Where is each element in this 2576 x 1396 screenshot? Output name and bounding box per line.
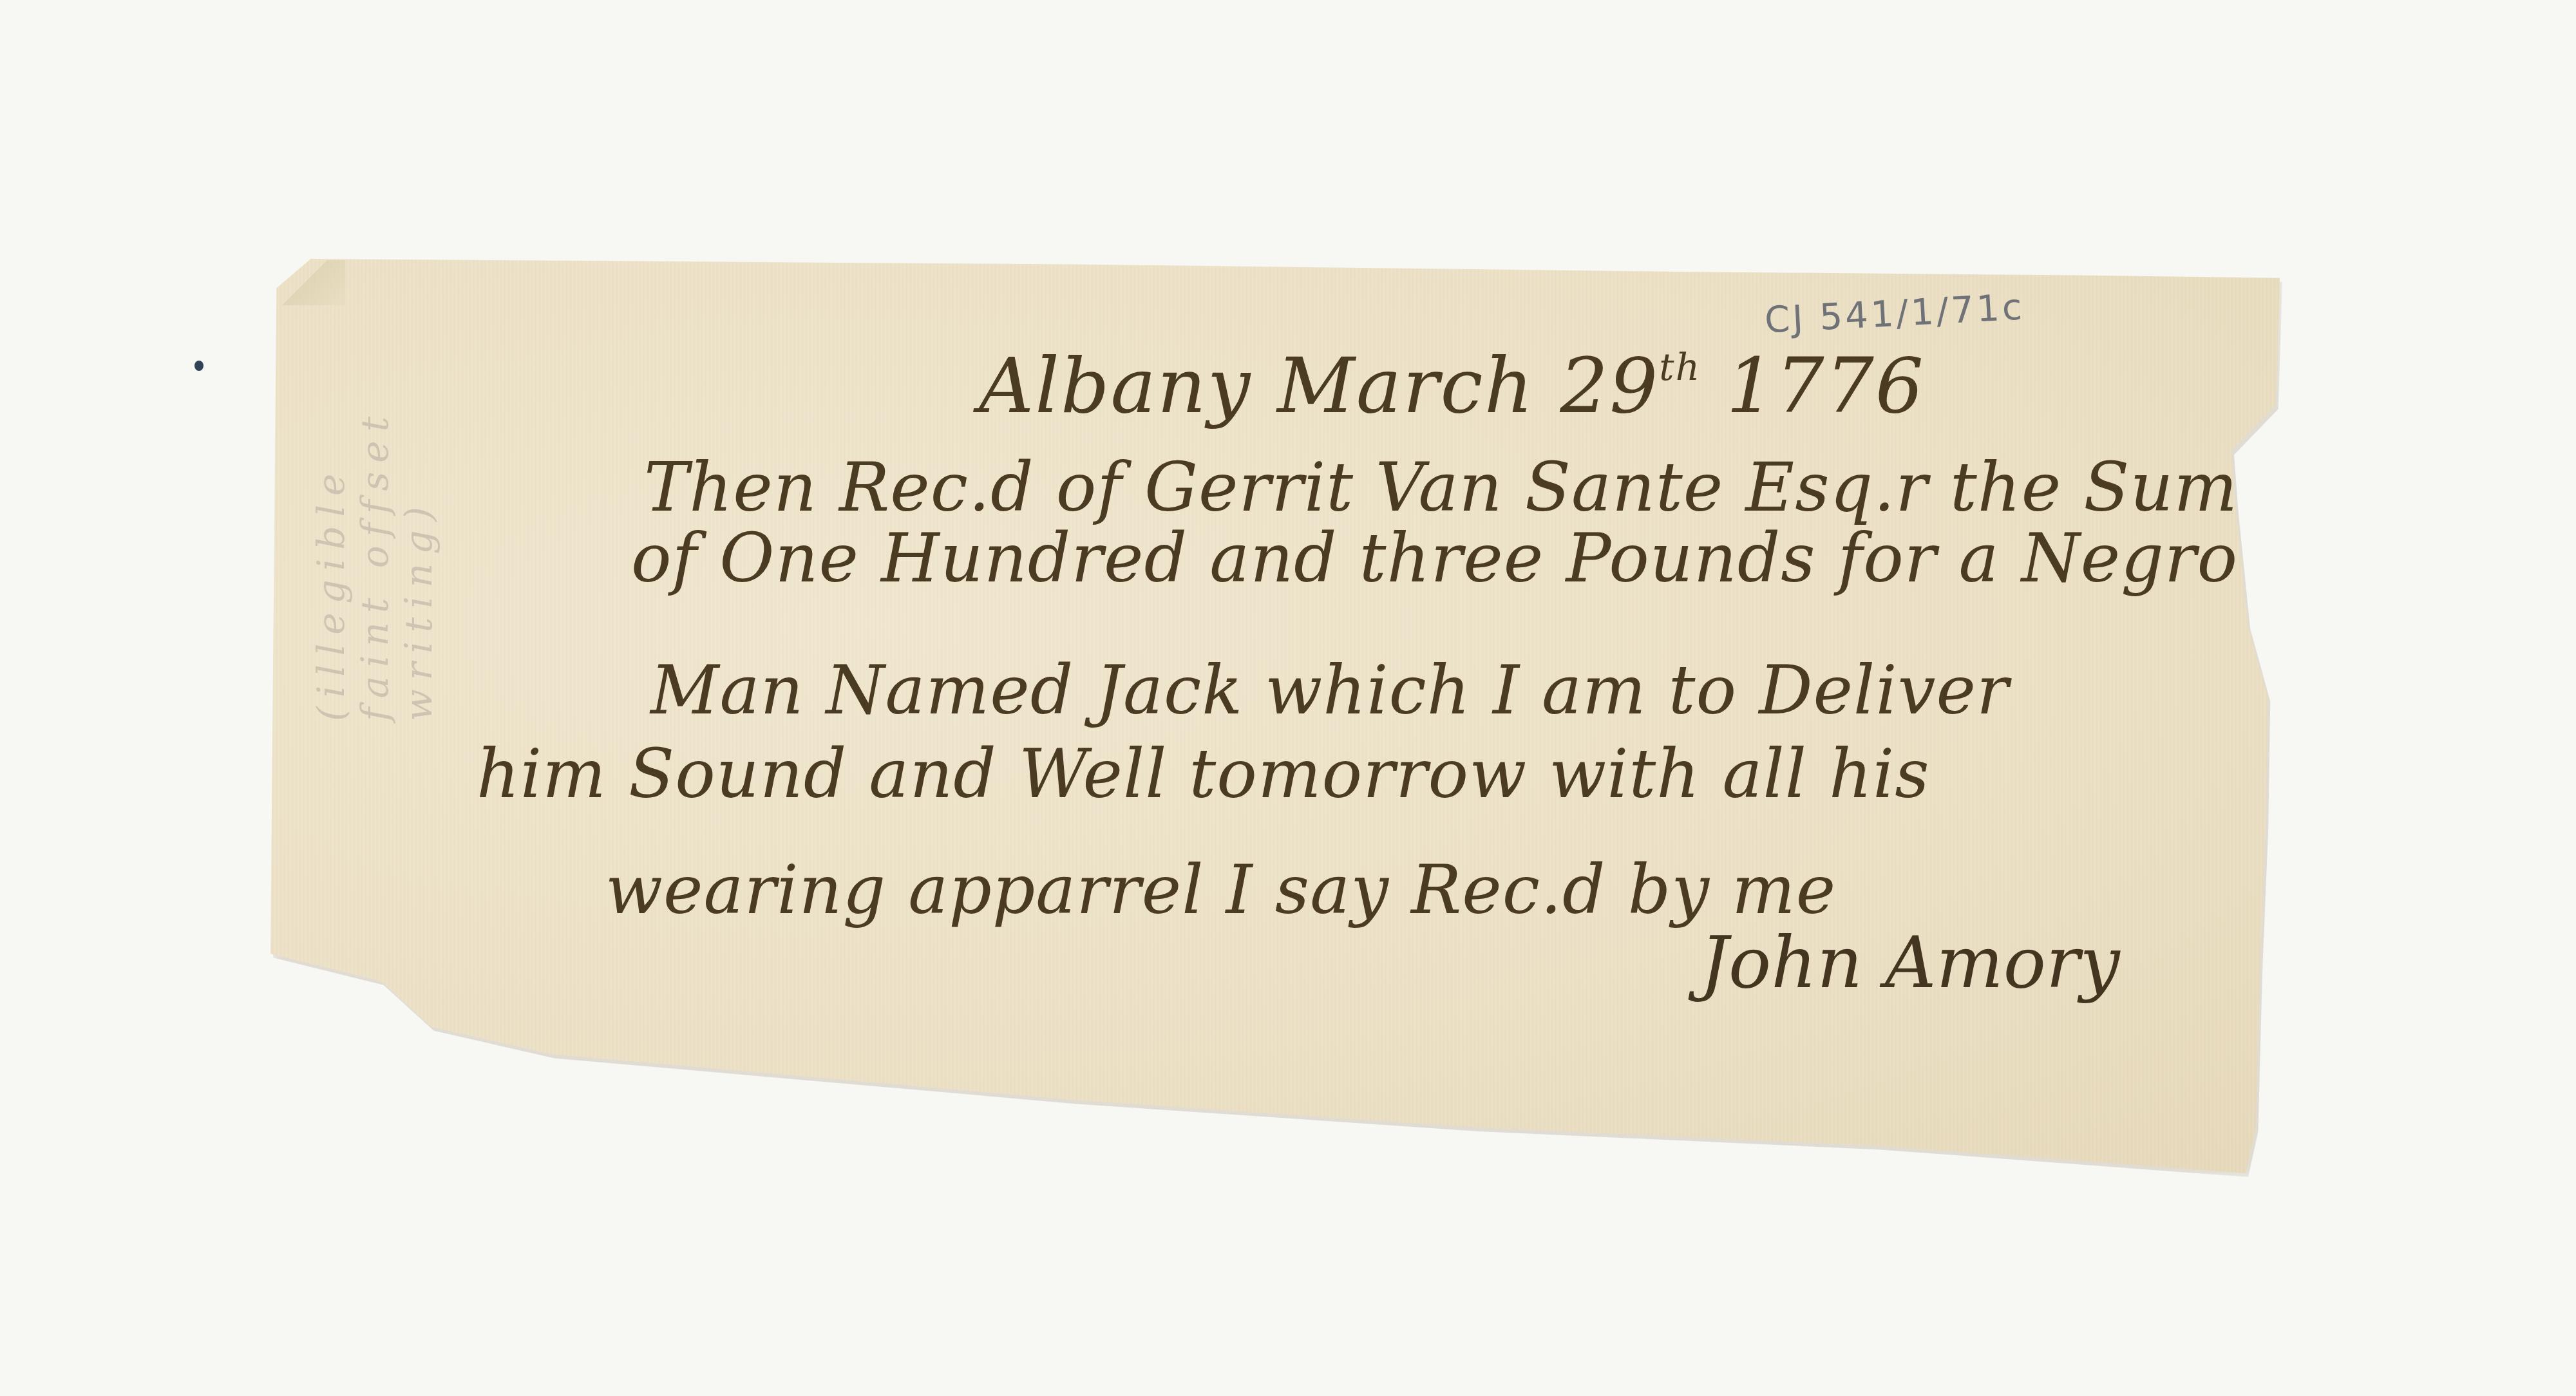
body-line: him Sound and Well tomorrow with all his	[477, 740, 1930, 807]
dust-speck	[194, 361, 204, 371]
faint-marginal-note: (illegible faint offset writing)	[309, 322, 440, 721]
body-line: wearing apparrel I say Rec.d by me	[605, 856, 1836, 923]
scan-background: (illegible faint offset writing) CJ 541/…	[0, 0, 2576, 1396]
dateline-day-suffix: th	[1659, 345, 1701, 389]
body-line: Then Rec.d of Gerrit Van Sante Esq.r the…	[644, 454, 2238, 521]
dateline: Albany March 29th 1776	[979, 348, 1925, 424]
dateline-place-month: Albany March 29	[979, 341, 1659, 430]
dateline-year: 1776	[1727, 341, 1925, 430]
signature: John Amory	[1700, 927, 2120, 998]
body-line: Man Named Jack which I am to Deliver	[650, 657, 2009, 724]
folded-corner	[274, 260, 345, 305]
body-line: of One Hundred and three Pounds for a Ne…	[631, 525, 2238, 592]
